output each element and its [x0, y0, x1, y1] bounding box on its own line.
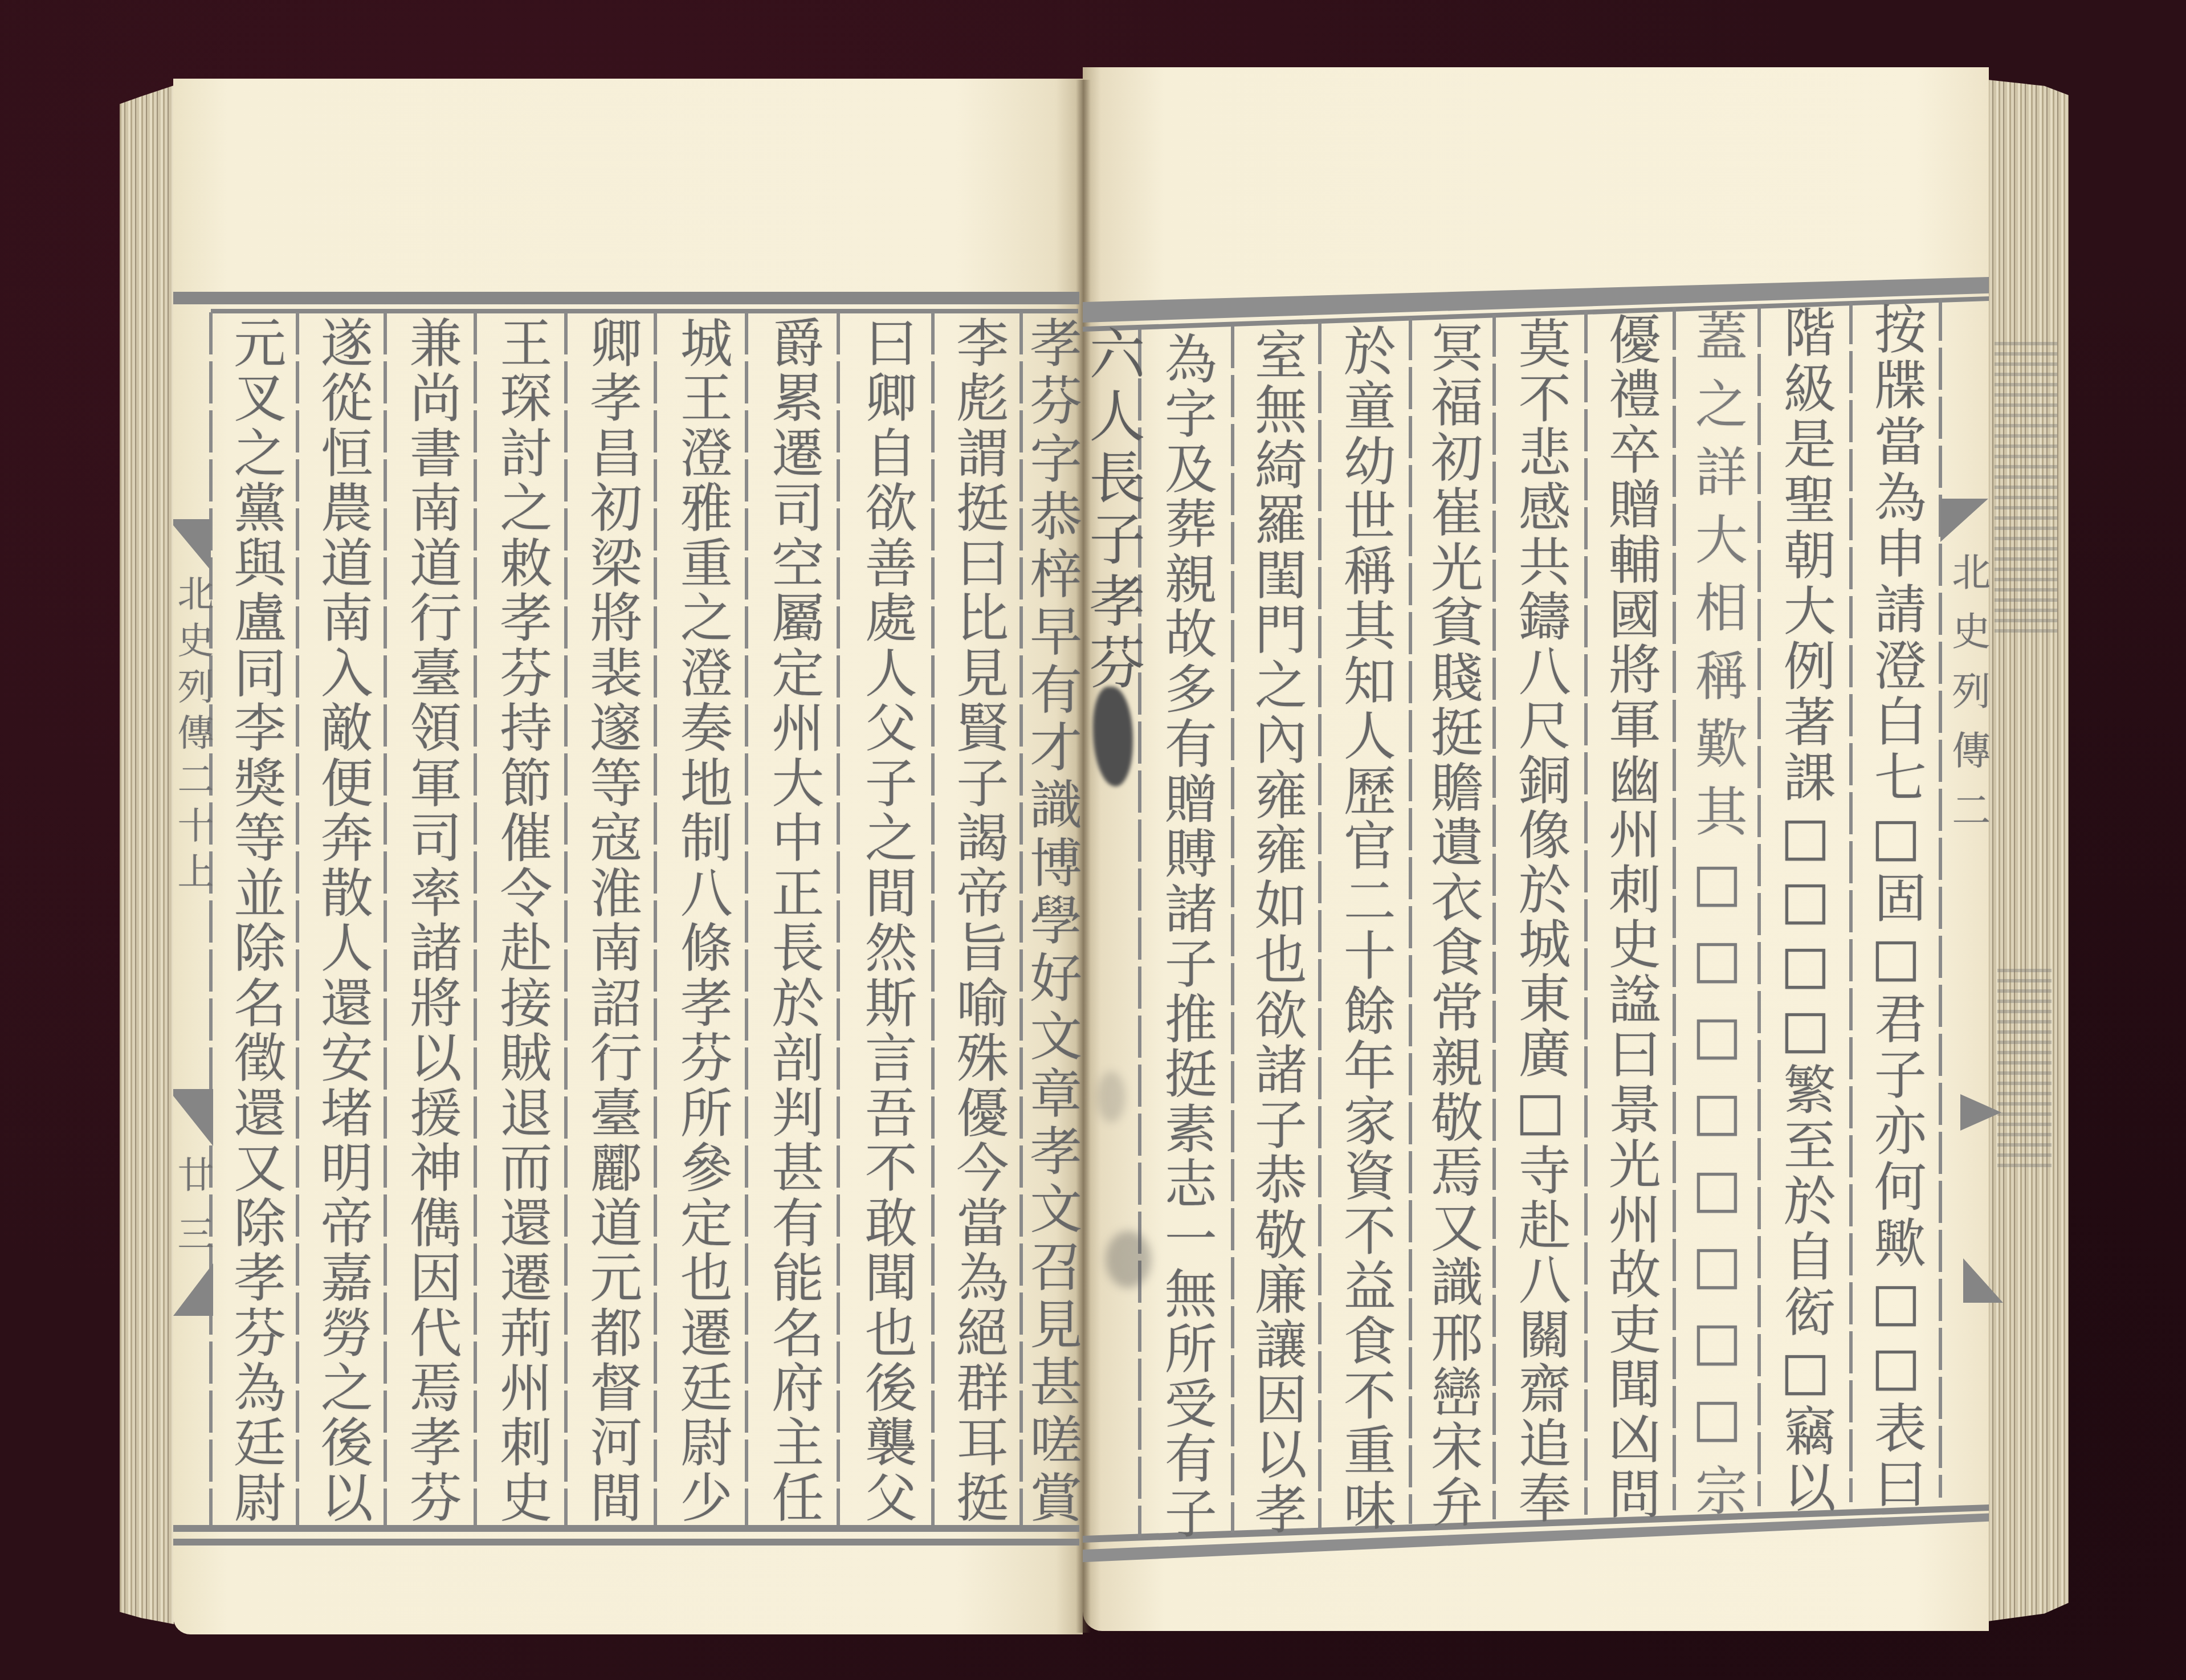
- column-text: 孝芬字恭梓早有才識博學好文章孝文召見甚嗟賞: [1024, 316, 1079, 1523]
- column-divider: [209, 312, 213, 1525]
- text-column: 遂從恒農道南入敵便奔散人還安堵明帝嘉勞之後以: [299, 316, 385, 1523]
- column-divider: [1939, 299, 1942, 1498]
- left-bottom-border-outer: [173, 1539, 1079, 1546]
- ink-smudge: [1106, 1231, 1151, 1288]
- column-text: 曰卿自欲善處人父子之間然斯言吾不敢聞也後襲父: [859, 316, 914, 1523]
- text-column: 曰卿自欲善處人父子之間然斯言吾不敢聞也後襲父: [840, 316, 933, 1523]
- column-text: 兼尚書南道行臺領軍司率諸將以援神儁因代焉孝芬: [403, 316, 459, 1523]
- column-text: 蓋之詳大相稱歎其□□□□□□□□宗: [1689, 309, 1744, 1516]
- ink-smudge: [1097, 1071, 1125, 1123]
- text-column: 階級是聖朝大例著課□□□□繁至於自衒□竊以: [1761, 305, 1849, 1512]
- banxin-folio: 廿三: [173, 1156, 211, 1251]
- left-bottom-border-inner: [173, 1525, 1079, 1532]
- column-text: 爵累遷司空屬定州大中正長於剖判甚有能名府主任: [766, 316, 821, 1523]
- text-column: 元叉之黨與盧同李獎等並除名徵還又除孝芬為廷尉: [213, 316, 297, 1523]
- text-column: 為字及葬親故多有贈賻諸子推挺素志一無所受有子: [1141, 332, 1231, 1539]
- text-column: 城王澄雅重之澄奏地制八條孝芬所參定也遷廷尉少: [657, 316, 747, 1523]
- column-text: 階級是聖朝大例著課□□□□繁至於自衒□竊以: [1777, 305, 1833, 1512]
- left-top-border-thick: [173, 292, 1079, 304]
- column-text: 李彪謂挺曰比見賢子謁帝旨喻殊優今當為絕群耳挺: [951, 316, 1006, 1523]
- column-text: 冥福初崔光貧賤挺贍遺衣食常親敬焉又識邢巒宋弁: [1425, 320, 1480, 1527]
- column-text: 王琛討之敕孝芬持節催令赴接賊退而還遷荊州刺史: [494, 316, 549, 1523]
- text-column: 於童幼世稱其知人歷官二十餘年家資不益食不重味: [1322, 324, 1409, 1531]
- column-text: 城王澄雅重之澄奏地制八條孝芬所參定也遷廷尉少: [674, 316, 729, 1523]
- text-column: 卿孝昌初梁將裴邃等寇淮南詔行臺酈道元都督河間: [568, 316, 655, 1523]
- text-column: 蓋之詳大相稱歎其□□□□□□□□宗: [1676, 309, 1757, 1516]
- edge-bleed-through-marks: [1997, 969, 2052, 1174]
- text-column: 爵累遷司空屬定州大中正長於剖判甚有能名府主任: [748, 316, 838, 1523]
- column-text: 優禮卒贈輔國將軍幽州刺史諡曰景光州故吏聞凶問: [1602, 312, 1658, 1519]
- left-page-stack-edge: [120, 85, 174, 1624]
- banxin-title-text: 北史列傳二: [1947, 552, 1988, 829]
- column-text: 為字及葬親故多有贈賻諸子推挺素志一無所受有子: [1159, 332, 1214, 1539]
- right-page-stack-edge: [1988, 80, 2069, 1621]
- text-column: 冥福初崔光貧賤挺贍遺衣食常親敬焉又識邢巒宋弁: [1412, 320, 1492, 1527]
- column-text: 莫不悲感共鑄八尺銅像於城東廣□寺赴八關齋追奉: [1512, 316, 1568, 1523]
- text-column: 李彪謂挺曰比見賢子謁帝旨喻殊優今當為絕群耳挺: [935, 316, 1021, 1523]
- column-text: 元叉之黨與盧同李獎等並除名徵還又除孝芬為廷尉: [228, 316, 283, 1523]
- text-column: 室無綺羅閨門之內雍雍如也欲諸子恭敬廉讓因以孝: [1234, 328, 1318, 1535]
- text-column: 優禮卒贈輔國將軍幽州刺史諡曰景光州故吏聞凶問: [1588, 312, 1673, 1519]
- text-column: 莫不悲感共鑄八尺銅像於城東廣□寺赴八關齋追奉: [1496, 316, 1584, 1523]
- column-text: 於童幼世稱其知人歷官二十餘年家資不益食不重味: [1337, 324, 1393, 1531]
- banxin-title-text: 北史列傳二十上: [173, 574, 211, 889]
- text-column: 孝芬字恭梓早有才識博學好文章孝文召見甚嗟賞: [1023, 316, 1080, 1523]
- banxin-title: 北史列傳二: [1948, 552, 1988, 829]
- folio-number: 廿三: [173, 1156, 211, 1251]
- column-text: 卿孝昌初梁將裴邃等寇淮南詔行臺酈道元都督河間: [584, 316, 639, 1523]
- text-column: 按牒當為申請澄白七□固□君子亦何歟□□表曰: [1853, 302, 1939, 1509]
- left-top-border-inner: [211, 309, 1078, 313]
- column-text: 遂從恒農道南入敵便奔散人還安堵明帝嘉勞之後以: [315, 316, 370, 1523]
- text-column-short: 六人長子孝芬: [1086, 325, 1138, 690]
- column-text: 室無綺羅閨門之內雍雍如也欲諸子恭敬廉讓因以孝: [1249, 328, 1304, 1535]
- banxin-title: 北史列傳二十上: [173, 574, 211, 889]
- column-text: 按牒當為申請澄白七□固□君子亦何歟□□表曰: [1868, 302, 1923, 1509]
- column-text: 六人長子孝芬: [1083, 325, 1141, 690]
- text-column: 兼尚書南道行臺領軍司率諸將以援神儁因代焉孝芬: [387, 316, 475, 1523]
- text-column: 王琛討之敕孝芬持節催令赴接賊退而還遷荊州刺史: [477, 316, 566, 1523]
- edge-bleed-through-marks: [1995, 342, 2057, 638]
